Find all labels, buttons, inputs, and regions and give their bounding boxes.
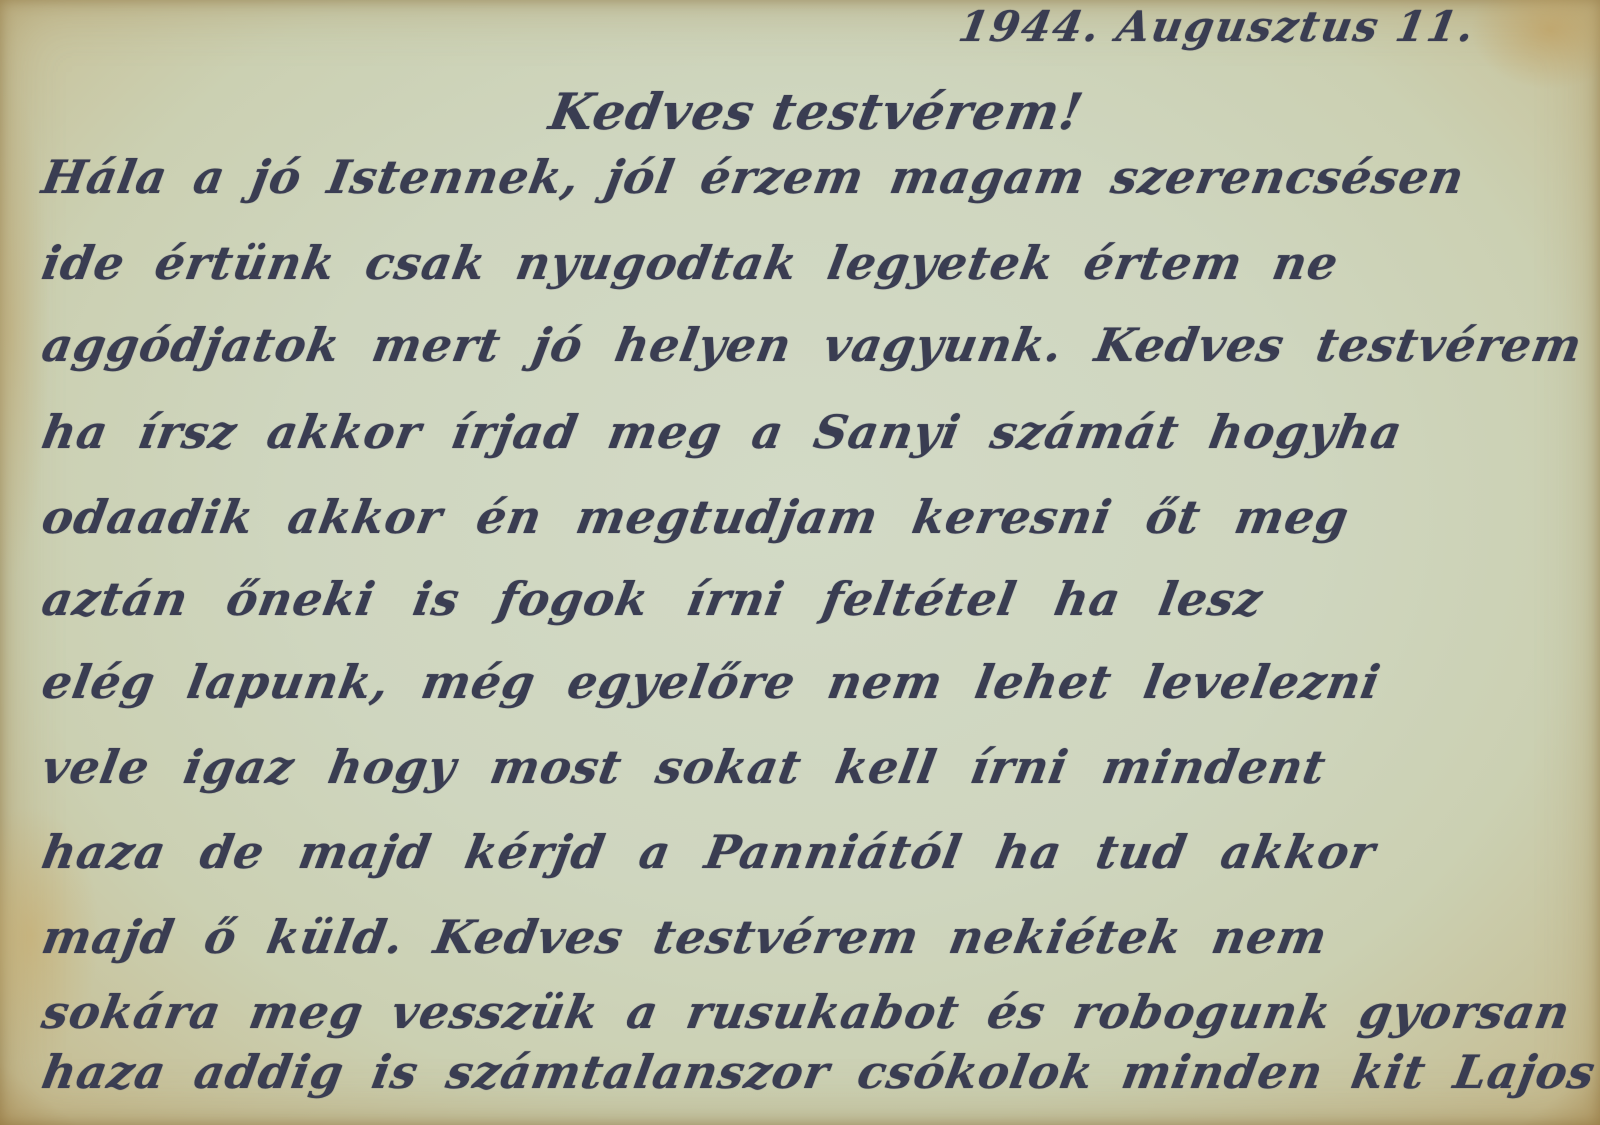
letter-line: ide értünk csak nyugodtak legyetek értem…: [38, 236, 1343, 290]
letter-salutation: Kedves testvérem!: [545, 82, 1088, 141]
letter-line: haza de majd kérjd a Panniától ha tud ak…: [38, 825, 1380, 879]
paper-stain-top-right: [1470, 0, 1600, 90]
letter-line: elég lapunk, még egyelőre nem lehet leve…: [38, 655, 1385, 709]
letter-line: aztán őneki is fogok írni feltétel ha le…: [38, 572, 1267, 626]
letter-line: sokára meg vesszük a rusukabot és robogu…: [38, 985, 1575, 1039]
letter-line: haza addig is számtalanszor csókolok min…: [38, 1045, 1600, 1099]
letter-line: odaadik akkor én megtudjam keresni őt me…: [38, 490, 1353, 544]
letter-line: majd ő küld. Kedves testvérem nekiétek n…: [38, 910, 1332, 964]
paper-stain-left: [0, 80, 50, 580]
letter-date: 1944. Augusztus 11.: [955, 2, 1480, 51]
letter-line: Hála a jó Istennek, jól érzem magam szer…: [38, 150, 1469, 204]
letter-card: 1944. Augusztus 11. Kedves testvérem! Há…: [0, 0, 1600, 1125]
letter-line: vele igaz hogy most sokat kell írni mind…: [38, 740, 1330, 794]
letter-line: ha írsz akkor írjad meg a Sanyi számát h…: [38, 405, 1407, 459]
letter-line: aggódjatok mert jó helyen vagyunk. Kedve…: [38, 318, 1587, 372]
